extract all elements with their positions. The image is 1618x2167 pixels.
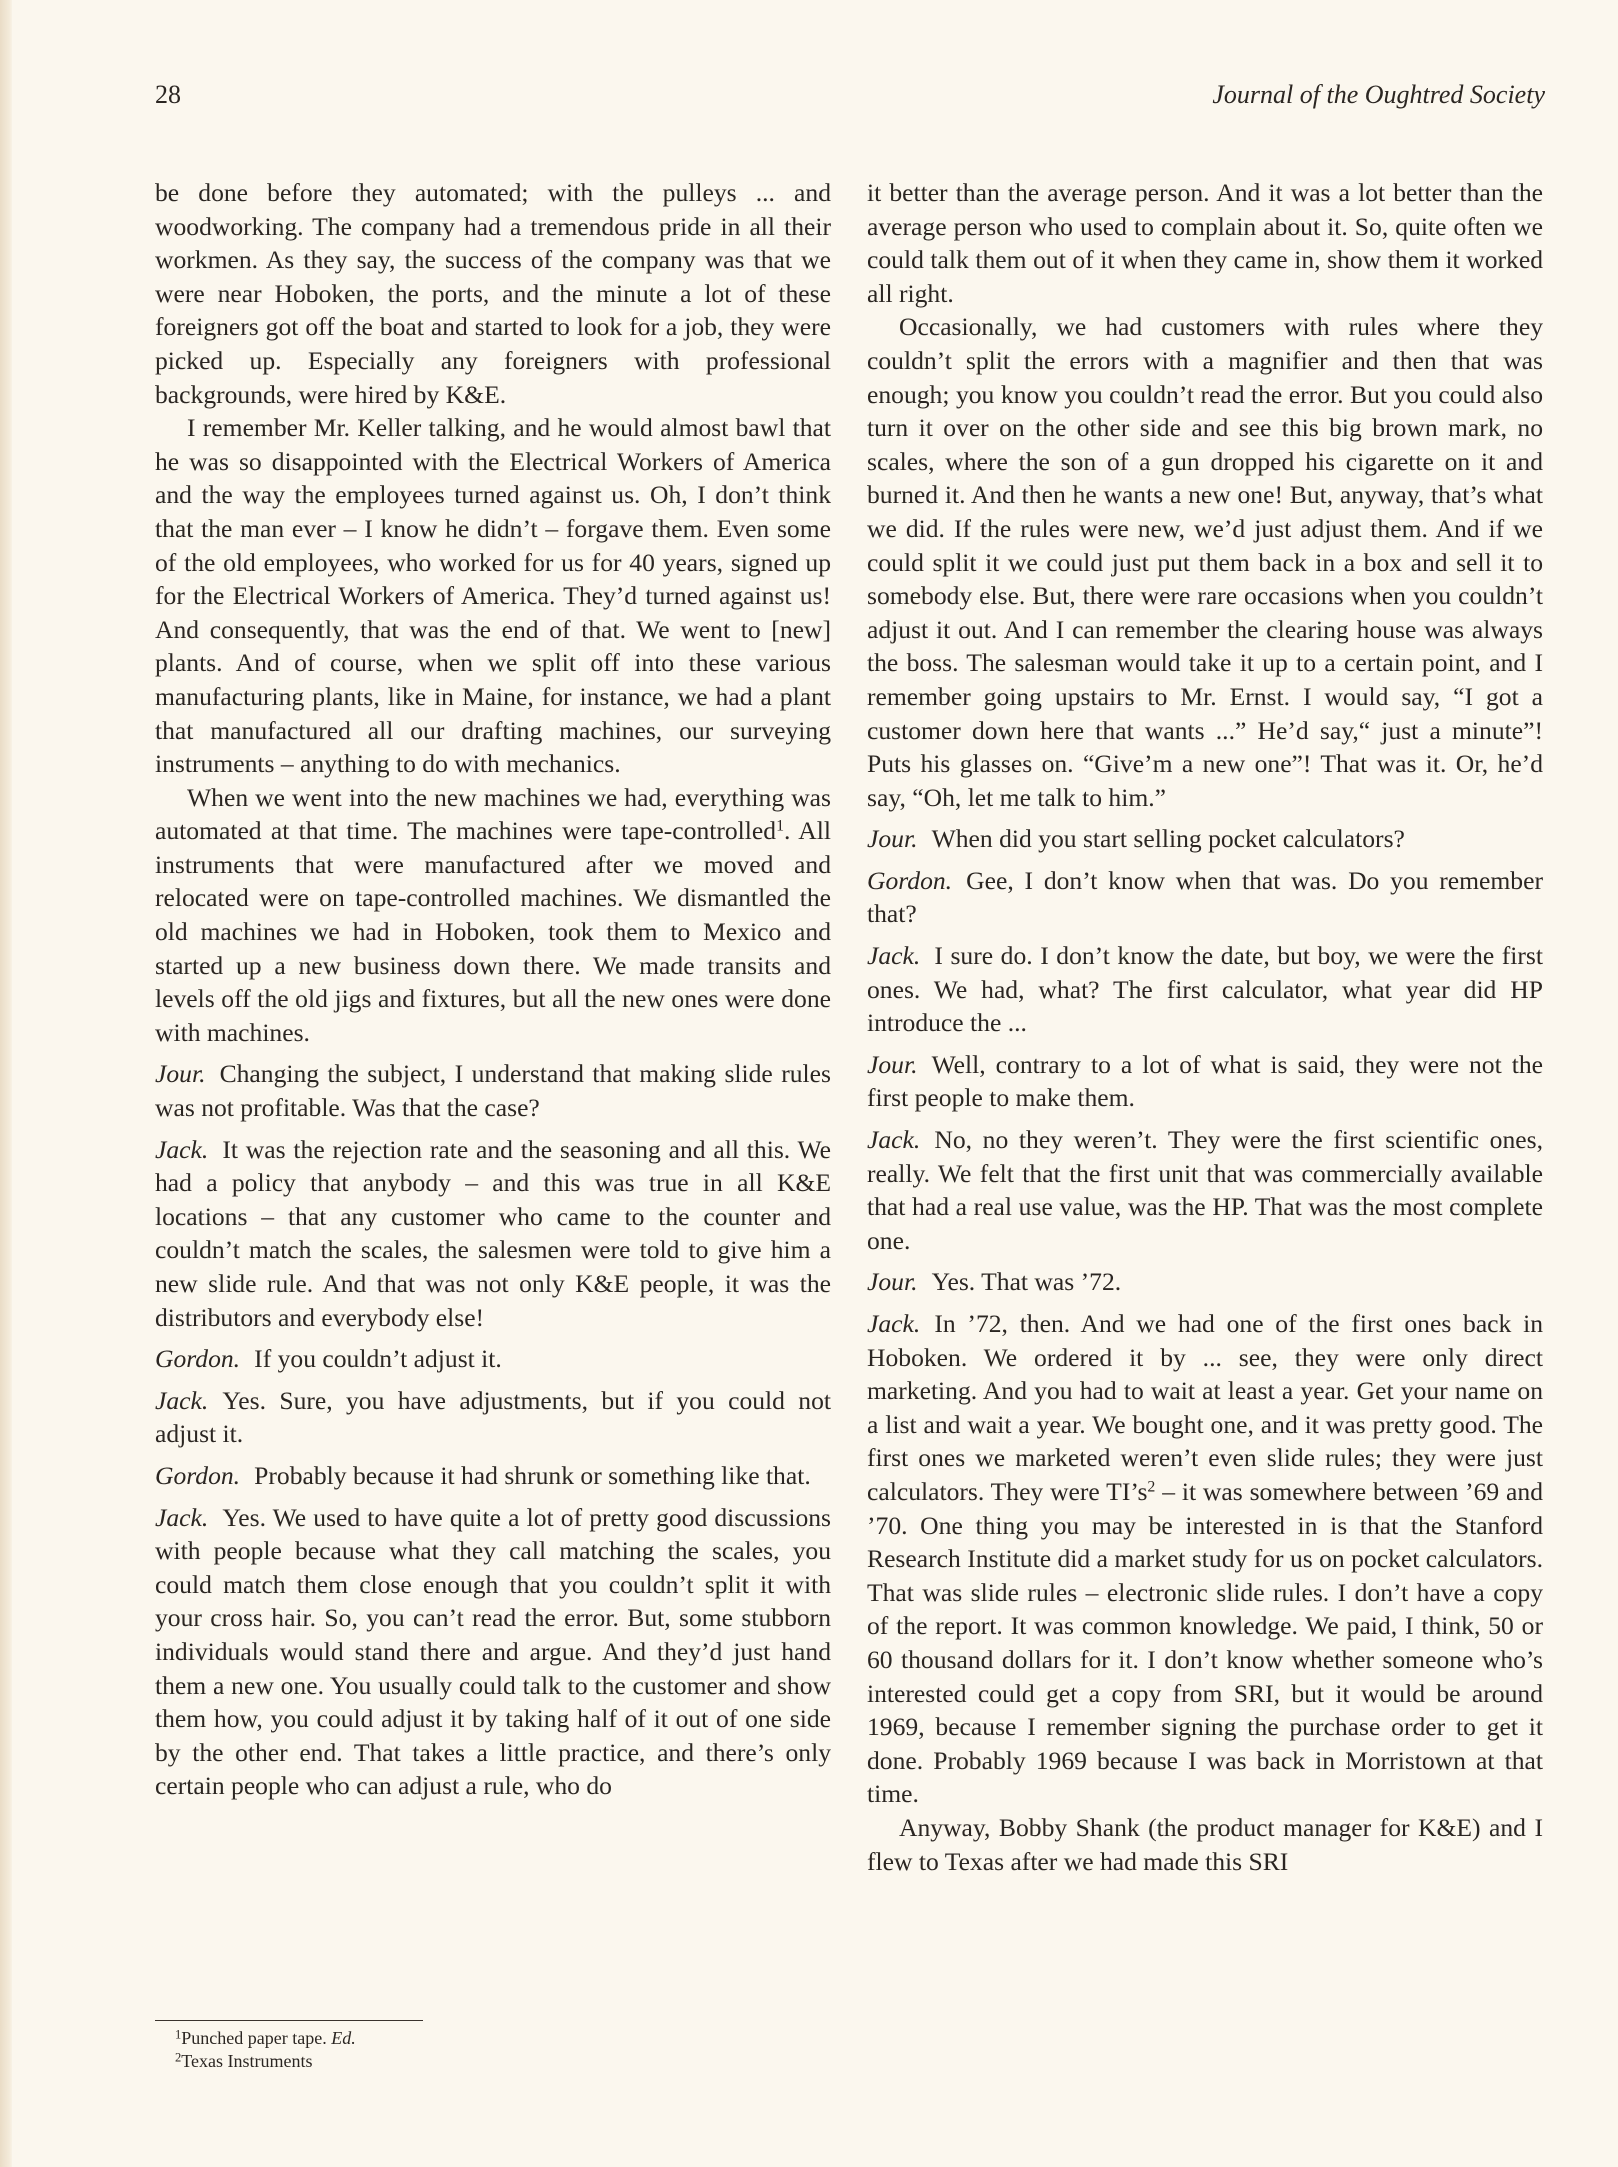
page-number: 28 — [155, 78, 181, 112]
dialogue-text: – it was somewhere between ’69 and ’70. … — [867, 1477, 1543, 1808]
speaker-label: Gordon. — [867, 866, 952, 895]
paragraph: Anyway, Bobby Shank (the product manager… — [867, 1811, 1543, 1878]
dialogue-text: Yes. Sure, you have adjustments, but if … — [155, 1386, 831, 1449]
footnote-1: 1Punched paper tape. Ed. — [155, 2027, 831, 2050]
dialogue-entry: Jack.Yes. We used to have quite a lot of… — [155, 1501, 831, 1803]
paragraph: it better than the average person. And i… — [867, 176, 1543, 310]
speaker-label: Jour. — [155, 1059, 205, 1088]
running-header: 28 Journal of the Oughtred Society — [155, 78, 1545, 112]
dialogue-entry: Jour.Yes. That was ’72. — [867, 1265, 1543, 1299]
speaker-label: Jack. — [867, 1309, 920, 1338]
dialogue-text: Well, contrary to a lot of what is said,… — [867, 1050, 1543, 1113]
dialogue-text: Yes. We used to have quite a lot of pret… — [155, 1503, 831, 1801]
speaker-label: Jack. — [155, 1503, 208, 1532]
paragraph: I remember Mr. Keller talking, and he wo… — [155, 411, 831, 781]
paragraph: When we went into the new machines we ha… — [155, 781, 831, 1050]
dialogue-text: It was the rejection rate and the season… — [155, 1135, 831, 1332]
paragraph-text: When we went into the new machines we ha… — [155, 783, 831, 846]
dialogue-text: Yes. That was ’72. — [932, 1267, 1122, 1296]
dialogue-entry: Jack.It was the rejection rate and the s… — [155, 1133, 831, 1335]
dialogue-entry: Jour.Changing the subject, I understand … — [155, 1057, 831, 1124]
dialogue-text: If you couldn’t adjust it. — [254, 1344, 502, 1373]
paragraph-text: . All instruments that were man­ufacture… — [155, 816, 831, 1047]
dialogue-entry: Gordon.Gee, I don’t know when that was. … — [867, 864, 1543, 931]
footnote-ref[interactable]: 1 — [776, 818, 784, 835]
page-gutter-shadow — [0, 0, 12, 2167]
journal-title: Journal of the Oughtred Society — [1212, 78, 1545, 112]
speaker-label: Jack. — [867, 1125, 920, 1154]
speaker-label: Jack. — [155, 1135, 208, 1164]
left-column: be done before they automated; with the … — [155, 176, 831, 1803]
footnote-text: Texas Instruments — [181, 2051, 312, 2071]
dialogue-text: Gee, I don’t know when that was. Do you … — [867, 866, 1543, 929]
dialogue-entry: Jack.In ’72, then. And we had one of the… — [867, 1307, 1543, 1811]
speaker-label: Jour. — [867, 1050, 917, 1079]
dialogue-text: When did you start selling pocket calcul… — [932, 824, 1405, 853]
footnote-text: Punched paper tape. — [181, 2028, 331, 2048]
right-column: it better than the average person. And i… — [867, 176, 1543, 1878]
editor-note: Ed. — [331, 2028, 356, 2048]
speaker-label: Jour. — [867, 1267, 917, 1296]
footnotes: 1Punched paper tape. Ed. 2Texas Instrume… — [155, 2020, 831, 2073]
speaker-label: Gordon. — [155, 1344, 240, 1373]
dialogue-entry: Gordon.If you couldn’t adjust it. — [155, 1342, 831, 1376]
dialogue-text: Changing the subject, I understand that … — [155, 1059, 831, 1122]
paragraph: be done before they automated; with the … — [155, 176, 831, 411]
dialogue-entry: Jack.No, no they weren’t. They were the … — [867, 1123, 1543, 1257]
dialogue-entry: Jack.Yes. Sure, you have adjustments, bu… — [155, 1384, 831, 1451]
dialogue-entry: Jour.When did you start selling pocket c… — [867, 822, 1543, 856]
dialogue-text: Probably because it had shrunk or someth… — [254, 1461, 811, 1490]
speaker-label: Gordon. — [155, 1461, 240, 1490]
footnote-2: 2Texas Instruments — [155, 2050, 831, 2073]
dialogue-entry: Jour.Well, contrary to a lot of what is … — [867, 1048, 1543, 1115]
speaker-label: Jack. — [155, 1386, 208, 1415]
speaker-label: Jour. — [867, 824, 917, 853]
dialogue-entry: Jack.I sure do. I don’t know the date, b… — [867, 939, 1543, 1040]
paragraph: Occasionally, we had customers with rule… — [867, 310, 1543, 814]
dialogue-text: No, no they weren’t. They were the first… — [867, 1125, 1543, 1255]
footnote-rule — [155, 2020, 423, 2021]
speaker-label: Jack. — [867, 941, 920, 970]
dialogue-entry: Gordon.Probably because it had shrunk or… — [155, 1459, 831, 1493]
dialogue-text: I sure do. I don’t know the date, but bo… — [867, 941, 1543, 1037]
